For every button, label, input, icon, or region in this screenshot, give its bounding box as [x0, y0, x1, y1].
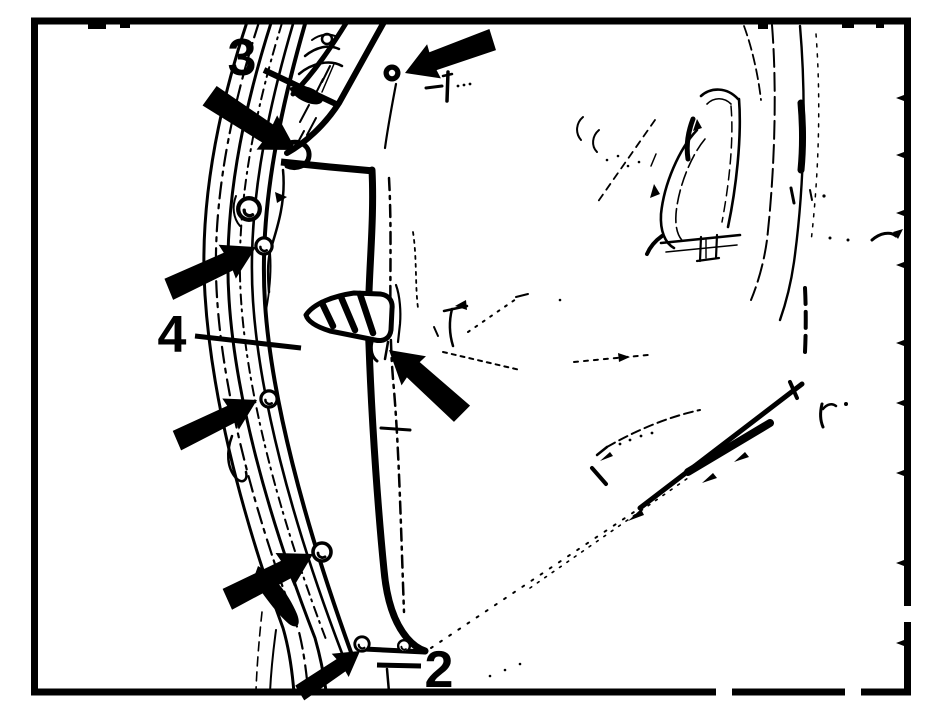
border-tick	[896, 152, 904, 158]
dash-mark	[434, 327, 438, 336]
dotted-trail	[574, 355, 648, 362]
b-pillar-lower-dash	[805, 288, 806, 352]
sketch-arc	[305, 47, 339, 56]
border-gap	[845, 686, 861, 697]
dotted-trail	[468, 299, 516, 332]
sketch-arc	[593, 130, 599, 152]
border-tick	[896, 340, 904, 346]
border-tick	[896, 400, 904, 406]
sill-dotted-line	[530, 478, 688, 588]
frame-dash-line	[413, 232, 418, 308]
seat-outline	[661, 130, 697, 248]
molding-line	[270, 630, 276, 692]
bracket-foot	[385, 342, 388, 359]
dash-mark	[651, 154, 656, 166]
seat-top-loop-inner	[707, 99, 731, 104]
manual-figure: 3 4 2	[0, 0, 928, 720]
border-tick	[896, 95, 904, 101]
tick-mark	[650, 184, 660, 198]
bold-accent	[647, 236, 662, 254]
tick-mark	[275, 192, 287, 203]
clamp-sketch	[434, 294, 528, 370]
edge-line	[385, 84, 396, 148]
border-tick	[896, 560, 904, 566]
callout-3-label: 3	[228, 29, 257, 87]
seat-top-loop	[701, 90, 738, 99]
bracket-double-outline	[396, 285, 400, 342]
border-bump	[120, 24, 130, 28]
b-pillar-line	[751, 25, 775, 300]
sill-bold-line	[688, 423, 770, 472]
dot	[619, 443, 622, 446]
figure-canvas: 3 4 2	[0, 0, 928, 720]
callout-arrow-icon	[160, 230, 264, 308]
dot	[847, 239, 850, 242]
tick-mark	[810, 190, 812, 200]
dot	[606, 159, 609, 162]
border-tick	[896, 210, 904, 216]
border-bump	[88, 24, 106, 29]
sketch-arc	[299, 63, 342, 74]
seat-outline-inner	[722, 106, 732, 222]
r-glyph	[821, 404, 823, 427]
bold-accent	[687, 119, 693, 159]
dot	[629, 439, 632, 442]
sketch-dash	[744, 26, 761, 100]
tick-mark	[618, 353, 630, 362]
dot	[504, 669, 507, 672]
dot	[469, 83, 472, 86]
border-tick	[896, 262, 904, 268]
tick-mark	[597, 447, 607, 455]
dot	[627, 165, 630, 168]
b-pillar-bold-segment	[801, 103, 803, 170]
screw-head-icon	[384, 65, 401, 82]
dot	[638, 161, 641, 164]
stub-line	[381, 428, 410, 430]
dot	[640, 435, 643, 438]
tick-mark	[734, 452, 749, 462]
dash-mark	[426, 86, 442, 88]
border-bump	[758, 24, 768, 29]
frame-vertical-edge	[368, 170, 425, 651]
dot	[617, 155, 620, 158]
sill-dotted-line	[431, 508, 640, 648]
dot	[822, 194, 825, 197]
screw-head-icon	[313, 543, 331, 561]
dot	[519, 663, 522, 666]
bold-tick	[592, 468, 606, 484]
dotted-trail	[443, 352, 520, 370]
tick-mark	[791, 188, 794, 203]
leader-line-2	[377, 665, 421, 666]
screw-head-icon	[238, 198, 260, 220]
dot	[829, 237, 832, 240]
border-gap	[902, 606, 913, 622]
frame-parallel-line	[389, 178, 404, 612]
tick-mark	[600, 452, 613, 461]
border-tick	[896, 640, 904, 646]
frame-bottom-edge	[364, 649, 425, 652]
dot	[457, 85, 460, 88]
dot	[559, 299, 562, 302]
tick-mark	[443, 74, 452, 76]
border-bump	[876, 24, 884, 28]
clamp-stem	[450, 309, 453, 346]
sketch-arc	[577, 117, 583, 140]
r-glyph	[823, 404, 836, 409]
dot	[844, 402, 848, 406]
dot	[463, 84, 466, 87]
tick-mark	[702, 473, 717, 483]
border-gap	[716, 686, 732, 697]
dot	[489, 675, 492, 678]
flag-mark	[872, 233, 896, 240]
dot	[651, 432, 654, 435]
screw-head-icon	[398, 640, 410, 652]
dash-mark	[516, 294, 528, 297]
molding-line	[256, 612, 262, 690]
sill-sketch-lines	[431, 353, 802, 677]
sill-dash-arc	[607, 410, 700, 447]
sill-bold-line	[640, 384, 802, 508]
sketch-dash	[597, 120, 655, 203]
screw-head-icon	[355, 637, 369, 651]
interior-sketch	[559, 25, 903, 427]
screw-head-icon	[261, 391, 277, 407]
flag-mark	[893, 229, 903, 239]
callout-4-label: 4	[158, 306, 187, 364]
border-tick	[896, 470, 904, 476]
screw-head-icon	[256, 238, 272, 254]
b-pillar-line	[811, 34, 819, 242]
border-bump	[842, 23, 854, 28]
